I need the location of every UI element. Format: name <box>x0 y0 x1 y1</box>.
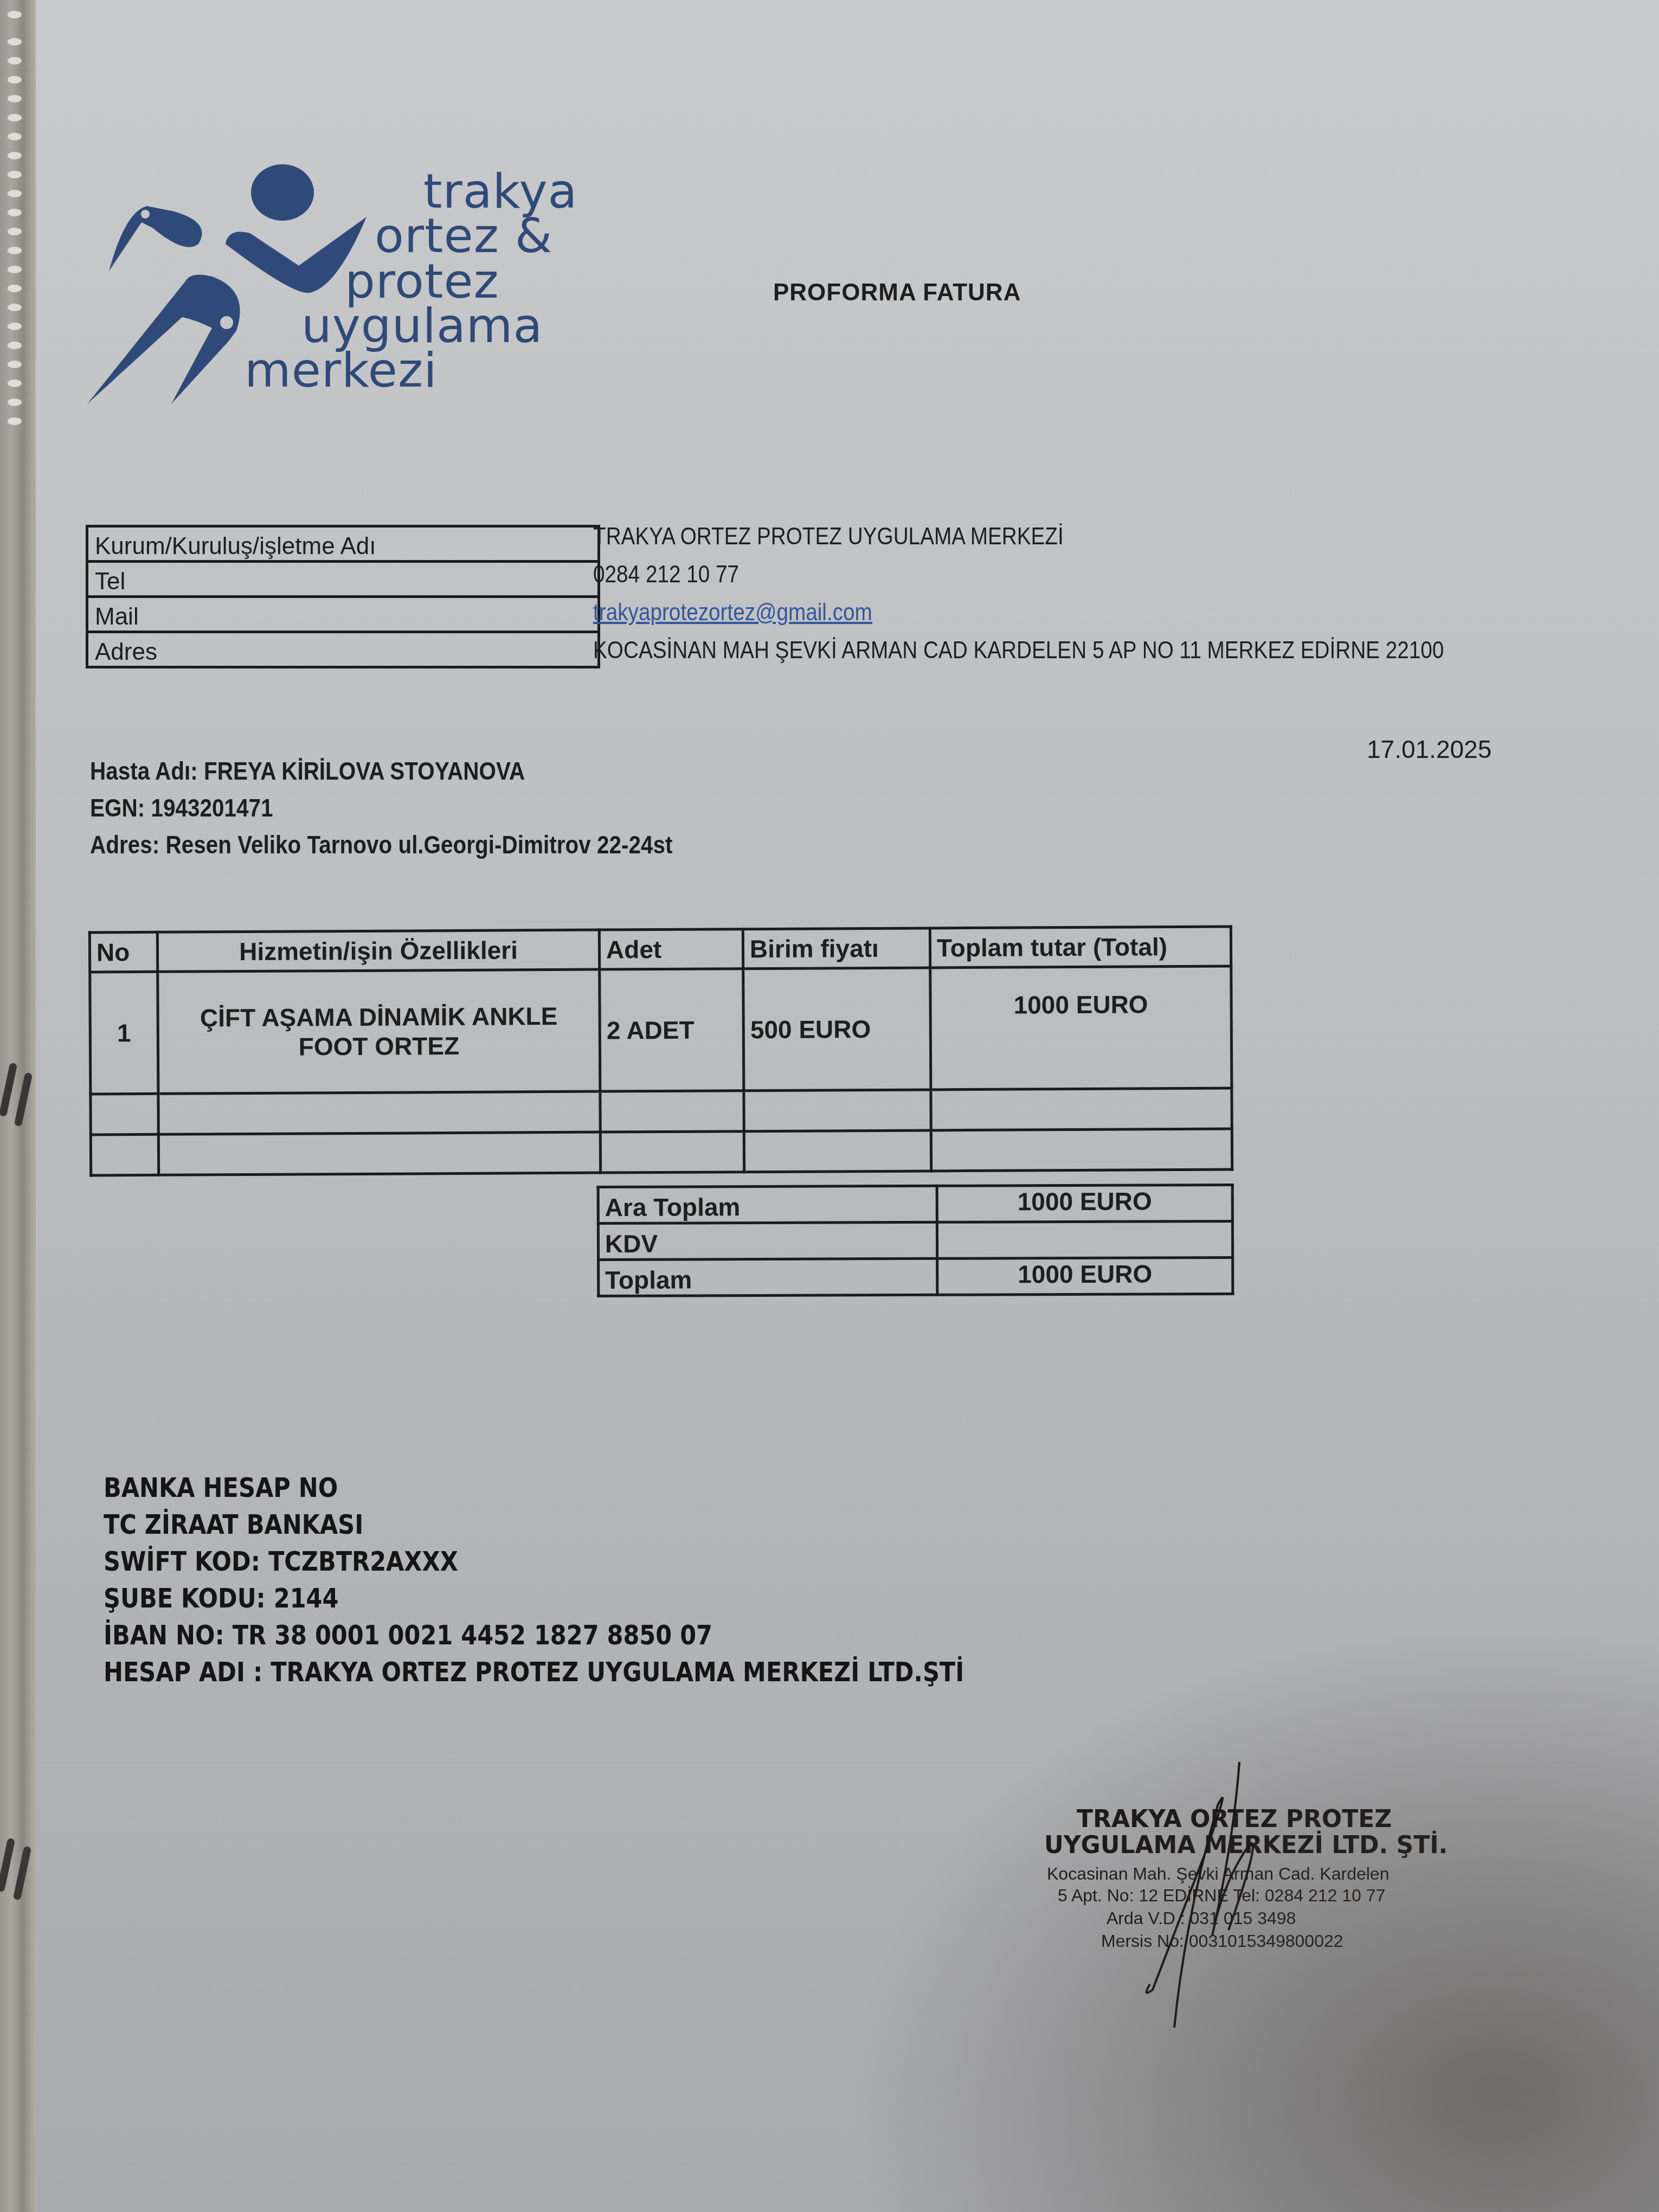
header-no: No <box>89 932 157 972</box>
item-unit-price <box>744 1130 931 1172</box>
item-no <box>91 1094 158 1135</box>
vat-value <box>937 1221 1232 1258</box>
phone-value: 0284 212 10 77 <box>593 556 1444 594</box>
patient-egn: EGN: 1943201471 <box>90 789 673 826</box>
items-header-row: No Hizmetin/işin Özellikleri Adet Birim … <box>89 927 1231 972</box>
branch-code: ŞUBE KODU: 2144 <box>104 1580 964 1617</box>
patient-name: Hasta Adı: FREYA KİRİLOVA STOYANOVA <box>90 753 673 789</box>
item-total: 1000 EURO <box>930 966 1232 1090</box>
company-logo: trakya ortez & protez uygulama merkezi <box>87 163 629 412</box>
header-quantity: Adet <box>599 929 743 969</box>
table-row <box>91 1129 1232 1175</box>
account-name: HESAP ADI : TRAKYA ORTEZ PROTEZ UYGULAMA… <box>104 1654 964 1690</box>
logo-text-line: merkezi <box>245 347 438 394</box>
logo-text-line: ortez & <box>375 213 552 259</box>
grand-total-value: 1000 EURO <box>937 1257 1233 1295</box>
info-label: Kurum/Kuruluş/işletme Adı <box>87 526 599 562</box>
invoice-paper: trakya ortez & protez uygulama merkezi P… <box>36 0 1659 2212</box>
vat-row: KDV <box>598 1221 1232 1259</box>
company-name-value: TRAKYA ORTEZ PROTEZ UYGULAMA MERKEZİ <box>593 518 1444 556</box>
item-quantity <box>600 1131 744 1173</box>
iban: İBAN NO: TR 38 0001 0021 4452 1827 8850 … <box>104 1617 964 1654</box>
email-link[interactable]: trakyaprotezortez@gmail.com <box>593 594 1444 632</box>
vat-label: KDV <box>598 1222 937 1259</box>
subtotal-label: Ara Toplam <box>598 1186 937 1223</box>
background-marks <box>0 1838 33 1919</box>
grand-total-row: Toplam 1000 EURO <box>599 1257 1233 1296</box>
invoice-date: 17.01.2025 <box>1367 735 1491 764</box>
patient-info: Hasta Adı: FREYA KİRİLOVA STOYANOVA EGN:… <box>90 753 752 863</box>
swift-code: SWİFT KOD: TCZBTR2AXXX <box>104 1543 964 1580</box>
item-description-line: FOOT ORTEZ <box>165 1031 593 1062</box>
item-unit-price: 500 EURO <box>743 968 931 1091</box>
grand-total-label: Toplam <box>599 1258 937 1296</box>
item-no: 1 <box>90 972 158 1094</box>
info-label: Tel <box>87 562 599 597</box>
totals-table: Ara Toplam 1000 EURO KDV Toplam 1000 EUR… <box>597 1184 1234 1297</box>
item-description: ÇİFT AŞAMA DİNAMİK ANKLE FOOT ORTEZ <box>158 969 600 1094</box>
item-quantity: 2 ADET <box>600 969 744 1091</box>
background-marks <box>0 1057 33 1139</box>
subtotal-value: 1000 EURO <box>937 1185 1232 1222</box>
item-total <box>931 1129 1232 1171</box>
table-row: 1 ÇİFT AŞAMA DİNAMİK ANKLE FOOT ORTEZ 2 … <box>90 966 1232 1094</box>
item-description-line: ÇİFT AŞAMA DİNAMİK ANKLE <box>165 1001 593 1033</box>
company-info-values: TRAKYA ORTEZ PROTEZ UYGULAMA MERKEZİ 028… <box>593 518 1560 670</box>
bank-name: TC ZİRAAT BANKASI <box>104 1506 964 1543</box>
signature-icon <box>1098 1757 1315 2039</box>
address-value: KOCASİNAN MAH ŞEVKİ ARMAN CAD KARDELEN 5… <box>593 632 1444 670</box>
item-quantity <box>600 1091 744 1132</box>
bank-details: BANKA HESAP NO TC ZİRAAT BANKASI SWİFT K… <box>104 1469 1104 1690</box>
item-description <box>158 1132 600 1175</box>
company-info-table: Kurum/Kuruluş/işletme Adı Tel Mail Adres <box>86 525 600 668</box>
header-description: Hizmetin/işin Özellikleri <box>157 930 599 972</box>
header-total: Toplam tutar (Total) <box>930 927 1231 968</box>
item-no <box>91 1134 158 1175</box>
items-table: No Hizmetin/işin Özellikleri Adet Birim … <box>88 925 1233 1176</box>
bank-heading: BANKA HESAP NO <box>104 1469 964 1506</box>
patient-address: Adres: Resen Veliko Tarnovo ul.Georgi-Di… <box>90 826 673 863</box>
document-title: PROFORMA FATURA <box>773 279 1021 306</box>
info-label: Adres <box>87 632 599 667</box>
info-label: Mail <box>87 597 599 632</box>
header-unit-price: Birim fiyatı <box>743 928 930 969</box>
item-unit-price <box>744 1090 931 1131</box>
subtotal-row: Ara Toplam 1000 EURO <box>598 1185 1232 1223</box>
table-row <box>91 1088 1232 1135</box>
item-total <box>931 1088 1232 1130</box>
item-description <box>158 1091 600 1134</box>
